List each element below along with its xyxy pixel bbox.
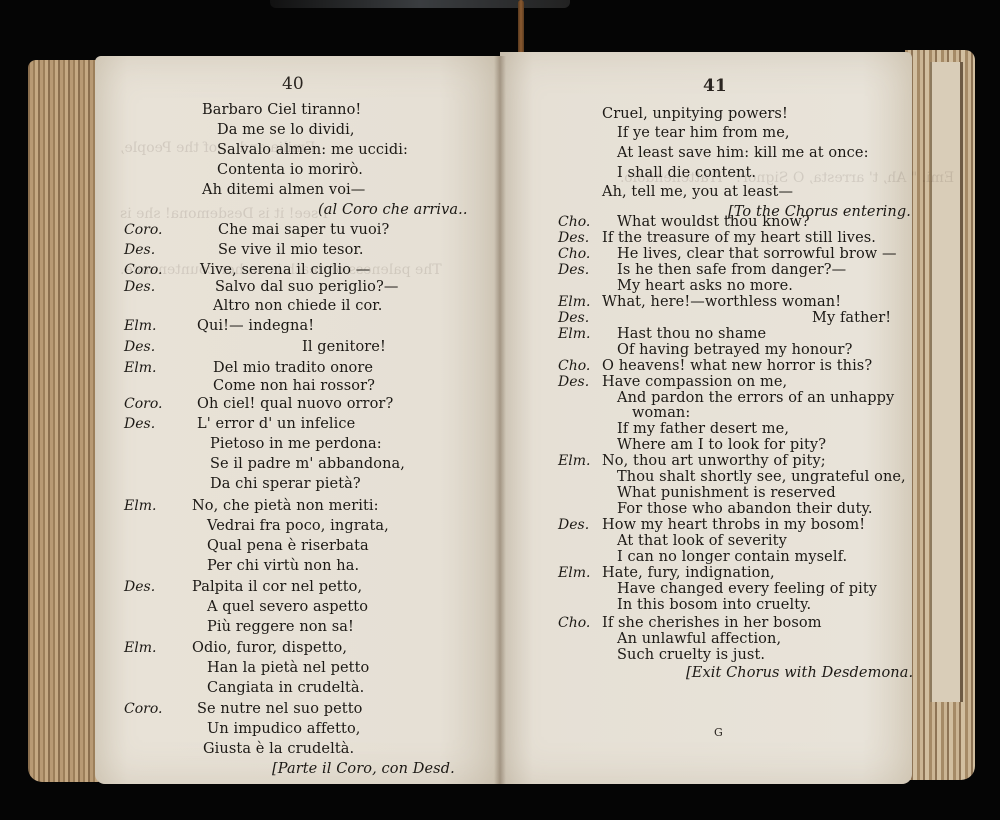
verse-line: What punishment is reserved bbox=[617, 485, 836, 501]
verse-line: Han la pietà nel petto bbox=[207, 660, 369, 676]
verse-line: Altro non chiede il cor. bbox=[213, 298, 382, 314]
verse-line: Oh ciel! qual nuovo orror? bbox=[197, 396, 393, 412]
verse-line: Un impudico affetto, bbox=[207, 721, 361, 737]
speaker-label: Cho. bbox=[558, 358, 590, 374]
speaker-label: Des. bbox=[124, 416, 155, 432]
verse-line: woman: bbox=[632, 405, 690, 421]
verse-line: Del mio tradito onore bbox=[213, 360, 373, 376]
verse-line: Have compassion on me, bbox=[602, 374, 787, 390]
right-cover-board bbox=[930, 62, 963, 702]
verse-line: For those who abandon their duty. bbox=[617, 501, 873, 517]
verse-line: O heavens! what new horror is this? bbox=[602, 358, 872, 374]
speaker-label: Des. bbox=[124, 242, 155, 258]
verse-line: Giusta è la crudeltà. bbox=[203, 741, 354, 757]
verse-line: Barbaro Ciel tiranno! bbox=[202, 102, 361, 118]
verse-line: If she cherishes in her bosom bbox=[602, 615, 822, 631]
speaker-label: Elm. bbox=[558, 326, 590, 342]
verse-line: Salvo dal suo periglio?— bbox=[215, 279, 398, 295]
verse-line: If my father desert me, bbox=[617, 421, 789, 437]
speaker-label: Coro. bbox=[124, 396, 162, 412]
verse-line: At that look of severity bbox=[617, 533, 787, 549]
verse-line: Pietoso in me perdona: bbox=[210, 436, 382, 452]
verse-line: What wouldst thou know? bbox=[617, 214, 810, 230]
speaker-label: Des. bbox=[558, 230, 589, 246]
speaker-label: Des. bbox=[124, 279, 155, 295]
verse-line: Hast thou no shame bbox=[617, 326, 766, 342]
verse-line: Da me se lo dividi, bbox=[217, 122, 355, 138]
verse-line: Se vive il mio tesor. bbox=[218, 242, 364, 258]
verse-line: Palpita il cor nel petto, bbox=[192, 579, 362, 595]
verse-line: If the treasure of my heart still lives. bbox=[602, 230, 876, 246]
verse-line: In this bosom into cruelty. bbox=[617, 597, 811, 613]
page-number-left: 40 bbox=[282, 74, 304, 94]
verse-line: Ah, tell me, you at least— bbox=[602, 184, 793, 200]
stage-direction: [Exit Chorus with Desdemona. bbox=[686, 665, 913, 681]
verse-line: Più reggere non sa! bbox=[207, 619, 354, 635]
signature-mark: G bbox=[714, 726, 723, 739]
verse-line: And pardon the errors of an unhappy bbox=[617, 390, 894, 406]
bleed-through-text: I see! it is Desdemona! she is bbox=[120, 206, 328, 222]
stage-direction: [Parte il Coro, con Desd. bbox=[272, 761, 455, 777]
speaker-label: Elm. bbox=[558, 453, 590, 469]
speaker-label: Cho. bbox=[558, 246, 590, 262]
verse-line: Ah ditemi almen voi— bbox=[202, 182, 365, 198]
verse-line: A quel severo aspetto bbox=[207, 599, 368, 615]
verse-line: He lives, clear that sorrowful brow — bbox=[617, 246, 897, 262]
verse-line: Cangiata in crudeltà. bbox=[207, 680, 364, 696]
verse-line: Da chi sperar pietà? bbox=[210, 476, 361, 492]
book-gutter bbox=[494, 56, 506, 784]
verse-line: Where am I to look for pity? bbox=[617, 437, 826, 453]
verse-line: Cruel, unpitying powers! bbox=[602, 106, 788, 122]
speaker-label: Elm. bbox=[558, 294, 590, 310]
stage-direction: (al Coro che arriva.. bbox=[318, 202, 468, 218]
verse-line: How my heart throbs in my bosom! bbox=[602, 517, 865, 533]
verse-line: Qui!— indegna! bbox=[197, 318, 314, 334]
verse-line: Have changed every feeling of pity bbox=[617, 581, 877, 597]
verse-line: An unlawful affection, bbox=[617, 631, 781, 647]
verse-line: Qual pena è riserbata bbox=[207, 538, 369, 554]
verse-line: Contenta io morirò. bbox=[217, 162, 363, 178]
verse-line: Se nutre nel suo petto bbox=[197, 701, 362, 717]
verse-line: No, thou art unworthy of pity; bbox=[602, 453, 826, 469]
verse-line: What, here!—worthless woman! bbox=[602, 294, 841, 310]
verse-line: Per chi virtù non ha. bbox=[207, 558, 359, 574]
verse-line: If ye tear him from me, bbox=[617, 125, 790, 141]
verse-line: Il genitore! bbox=[302, 339, 386, 355]
page-number-right: 41 bbox=[703, 76, 727, 96]
verse-line: Vive, serena il ciglio — bbox=[200, 262, 370, 278]
speaker-label: Des. bbox=[124, 579, 155, 595]
speaker-label: Des. bbox=[558, 310, 589, 326]
verse-line: No, che pietà non meriti: bbox=[192, 498, 379, 514]
verse-line: Come non hai rossor? bbox=[213, 378, 375, 394]
speaker-label: Des. bbox=[558, 374, 589, 390]
verse-line: My heart asks no more. bbox=[617, 278, 793, 294]
verse-line: I can no longer contain myself. bbox=[617, 549, 847, 565]
verse-line: Vedrai fra poco, ingrata, bbox=[207, 518, 389, 534]
speaker-label: Coro. bbox=[124, 222, 162, 238]
verse-line: Thou shalt shortly see, ungrateful one, bbox=[617, 469, 906, 485]
verse-line: At least save him: kill me at once: bbox=[617, 145, 869, 161]
verse-line: Salvalo almen: me uccidi: bbox=[217, 142, 408, 158]
verse-line: Che mai saper tu vuoi? bbox=[218, 222, 389, 238]
speaker-label: Elm. bbox=[124, 360, 156, 376]
speaker-label: Elm. bbox=[124, 640, 156, 656]
speaker-label: Coro. bbox=[124, 262, 162, 278]
verse-line: Hate, fury, indignation, bbox=[602, 565, 775, 581]
speaker-label: Elm. bbox=[124, 318, 156, 334]
speaker-label: Des. bbox=[558, 262, 589, 278]
speaker-label: Des. bbox=[558, 517, 589, 533]
speaker-label: Elm. bbox=[124, 498, 156, 514]
verse-line: I shall die content. bbox=[617, 165, 756, 181]
book-spine bbox=[270, 0, 570, 8]
speaker-label: Des. bbox=[124, 339, 155, 355]
verse-line: Of having betrayed my honour? bbox=[617, 342, 852, 358]
speaker-label: Elm. bbox=[558, 565, 590, 581]
verse-line: Such cruelty is just. bbox=[617, 647, 765, 663]
speaker-label: Cho. bbox=[558, 615, 590, 631]
verse-line: Is he then safe from danger?— bbox=[617, 262, 846, 278]
verse-line: Se il padre m' abbandona, bbox=[210, 456, 405, 472]
verse-line: L' error d' un infelice bbox=[197, 416, 355, 432]
speaker-label: Coro. bbox=[124, 701, 162, 717]
verse-line: My father! bbox=[812, 310, 891, 326]
speaker-label: Cho. bbox=[558, 214, 590, 230]
verse-line: Odio, furor, dispetto, bbox=[192, 640, 347, 656]
